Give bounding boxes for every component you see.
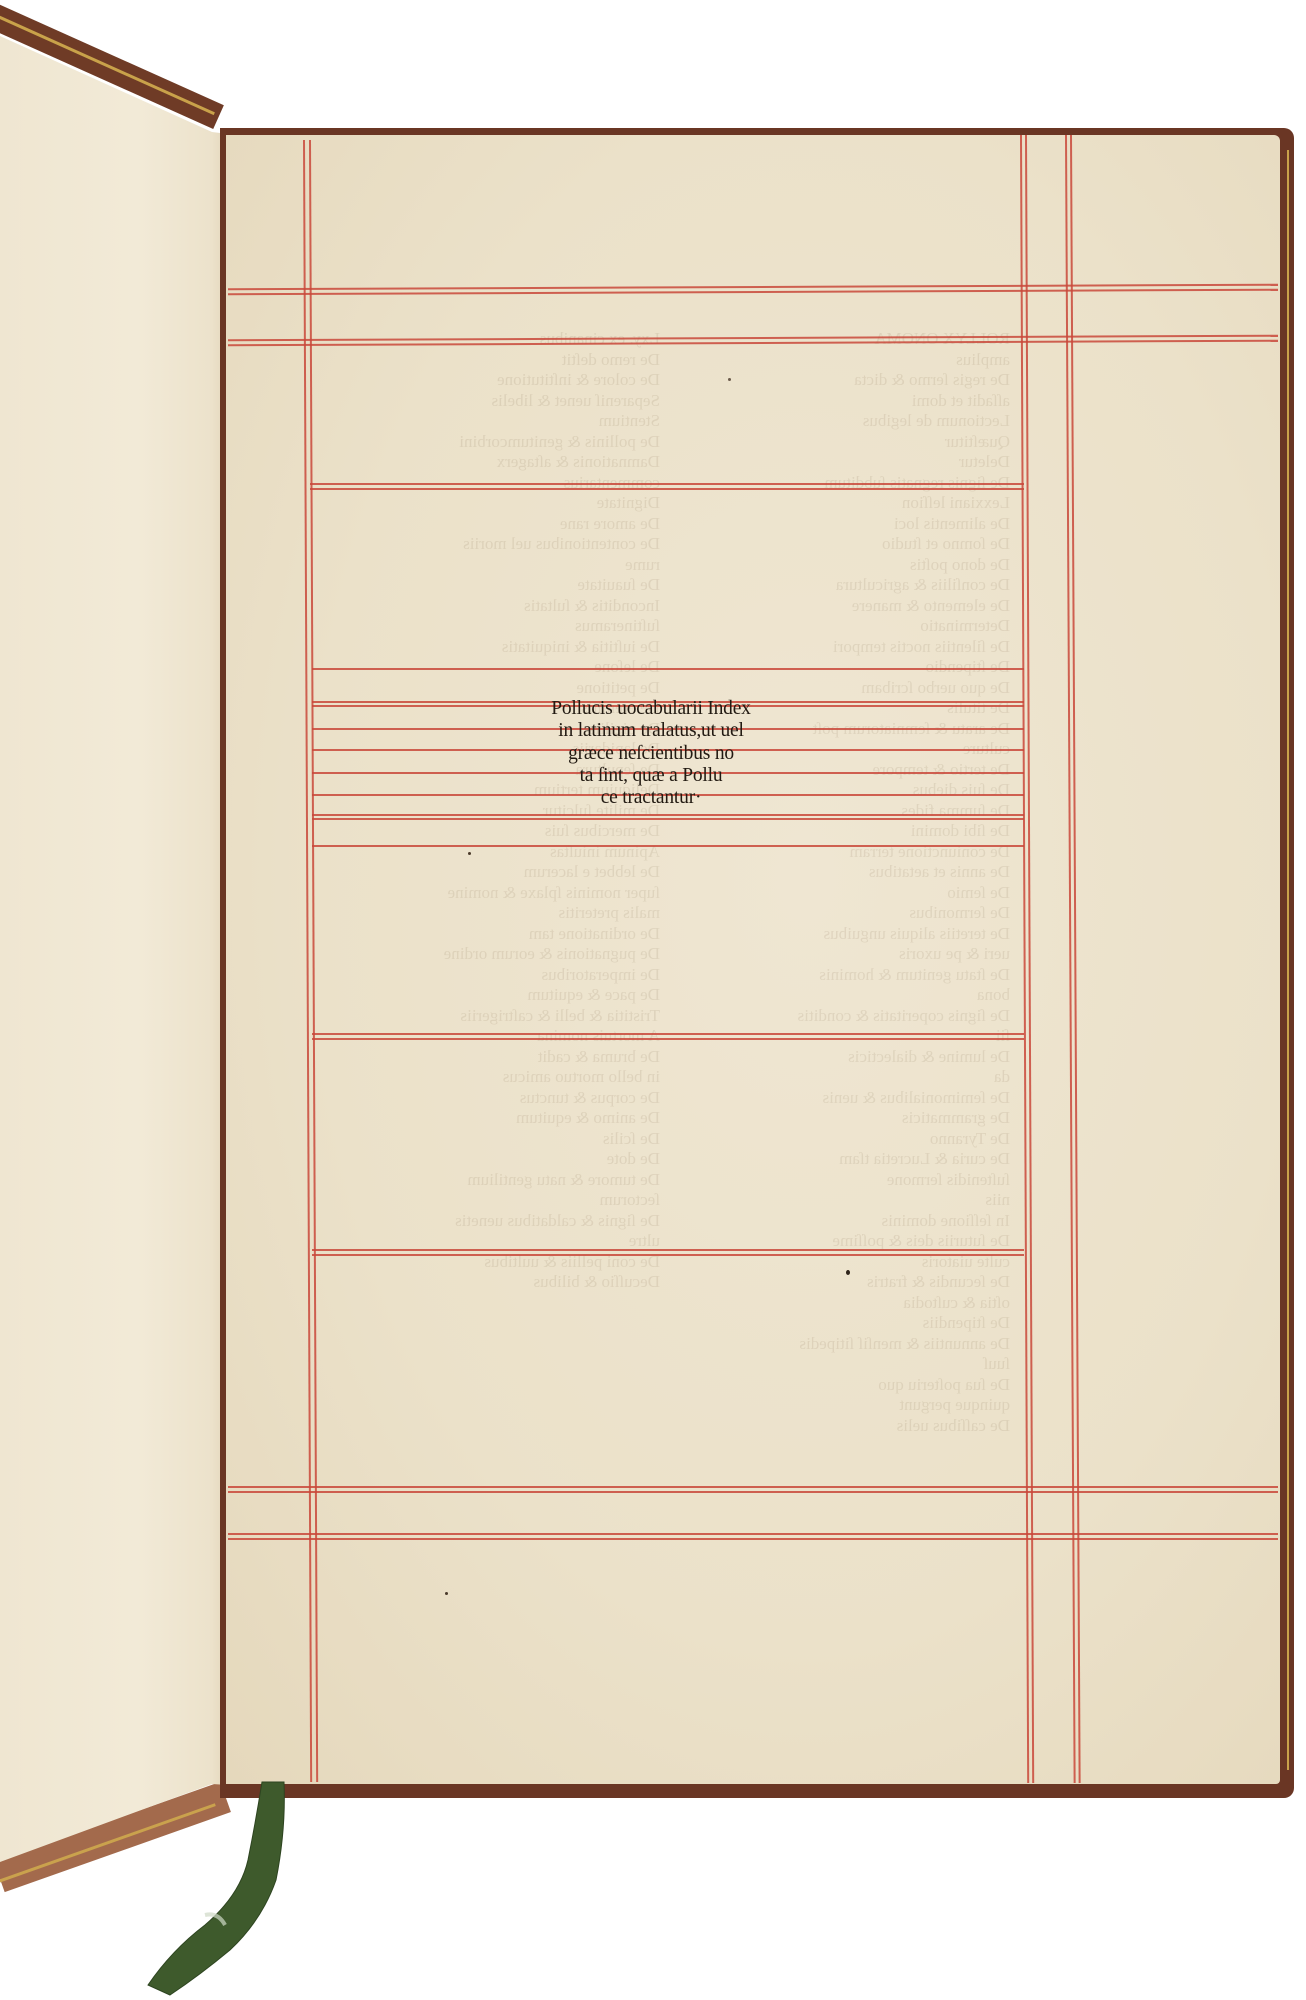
ribbon-bookmark-icon (0, 0, 1306, 2000)
